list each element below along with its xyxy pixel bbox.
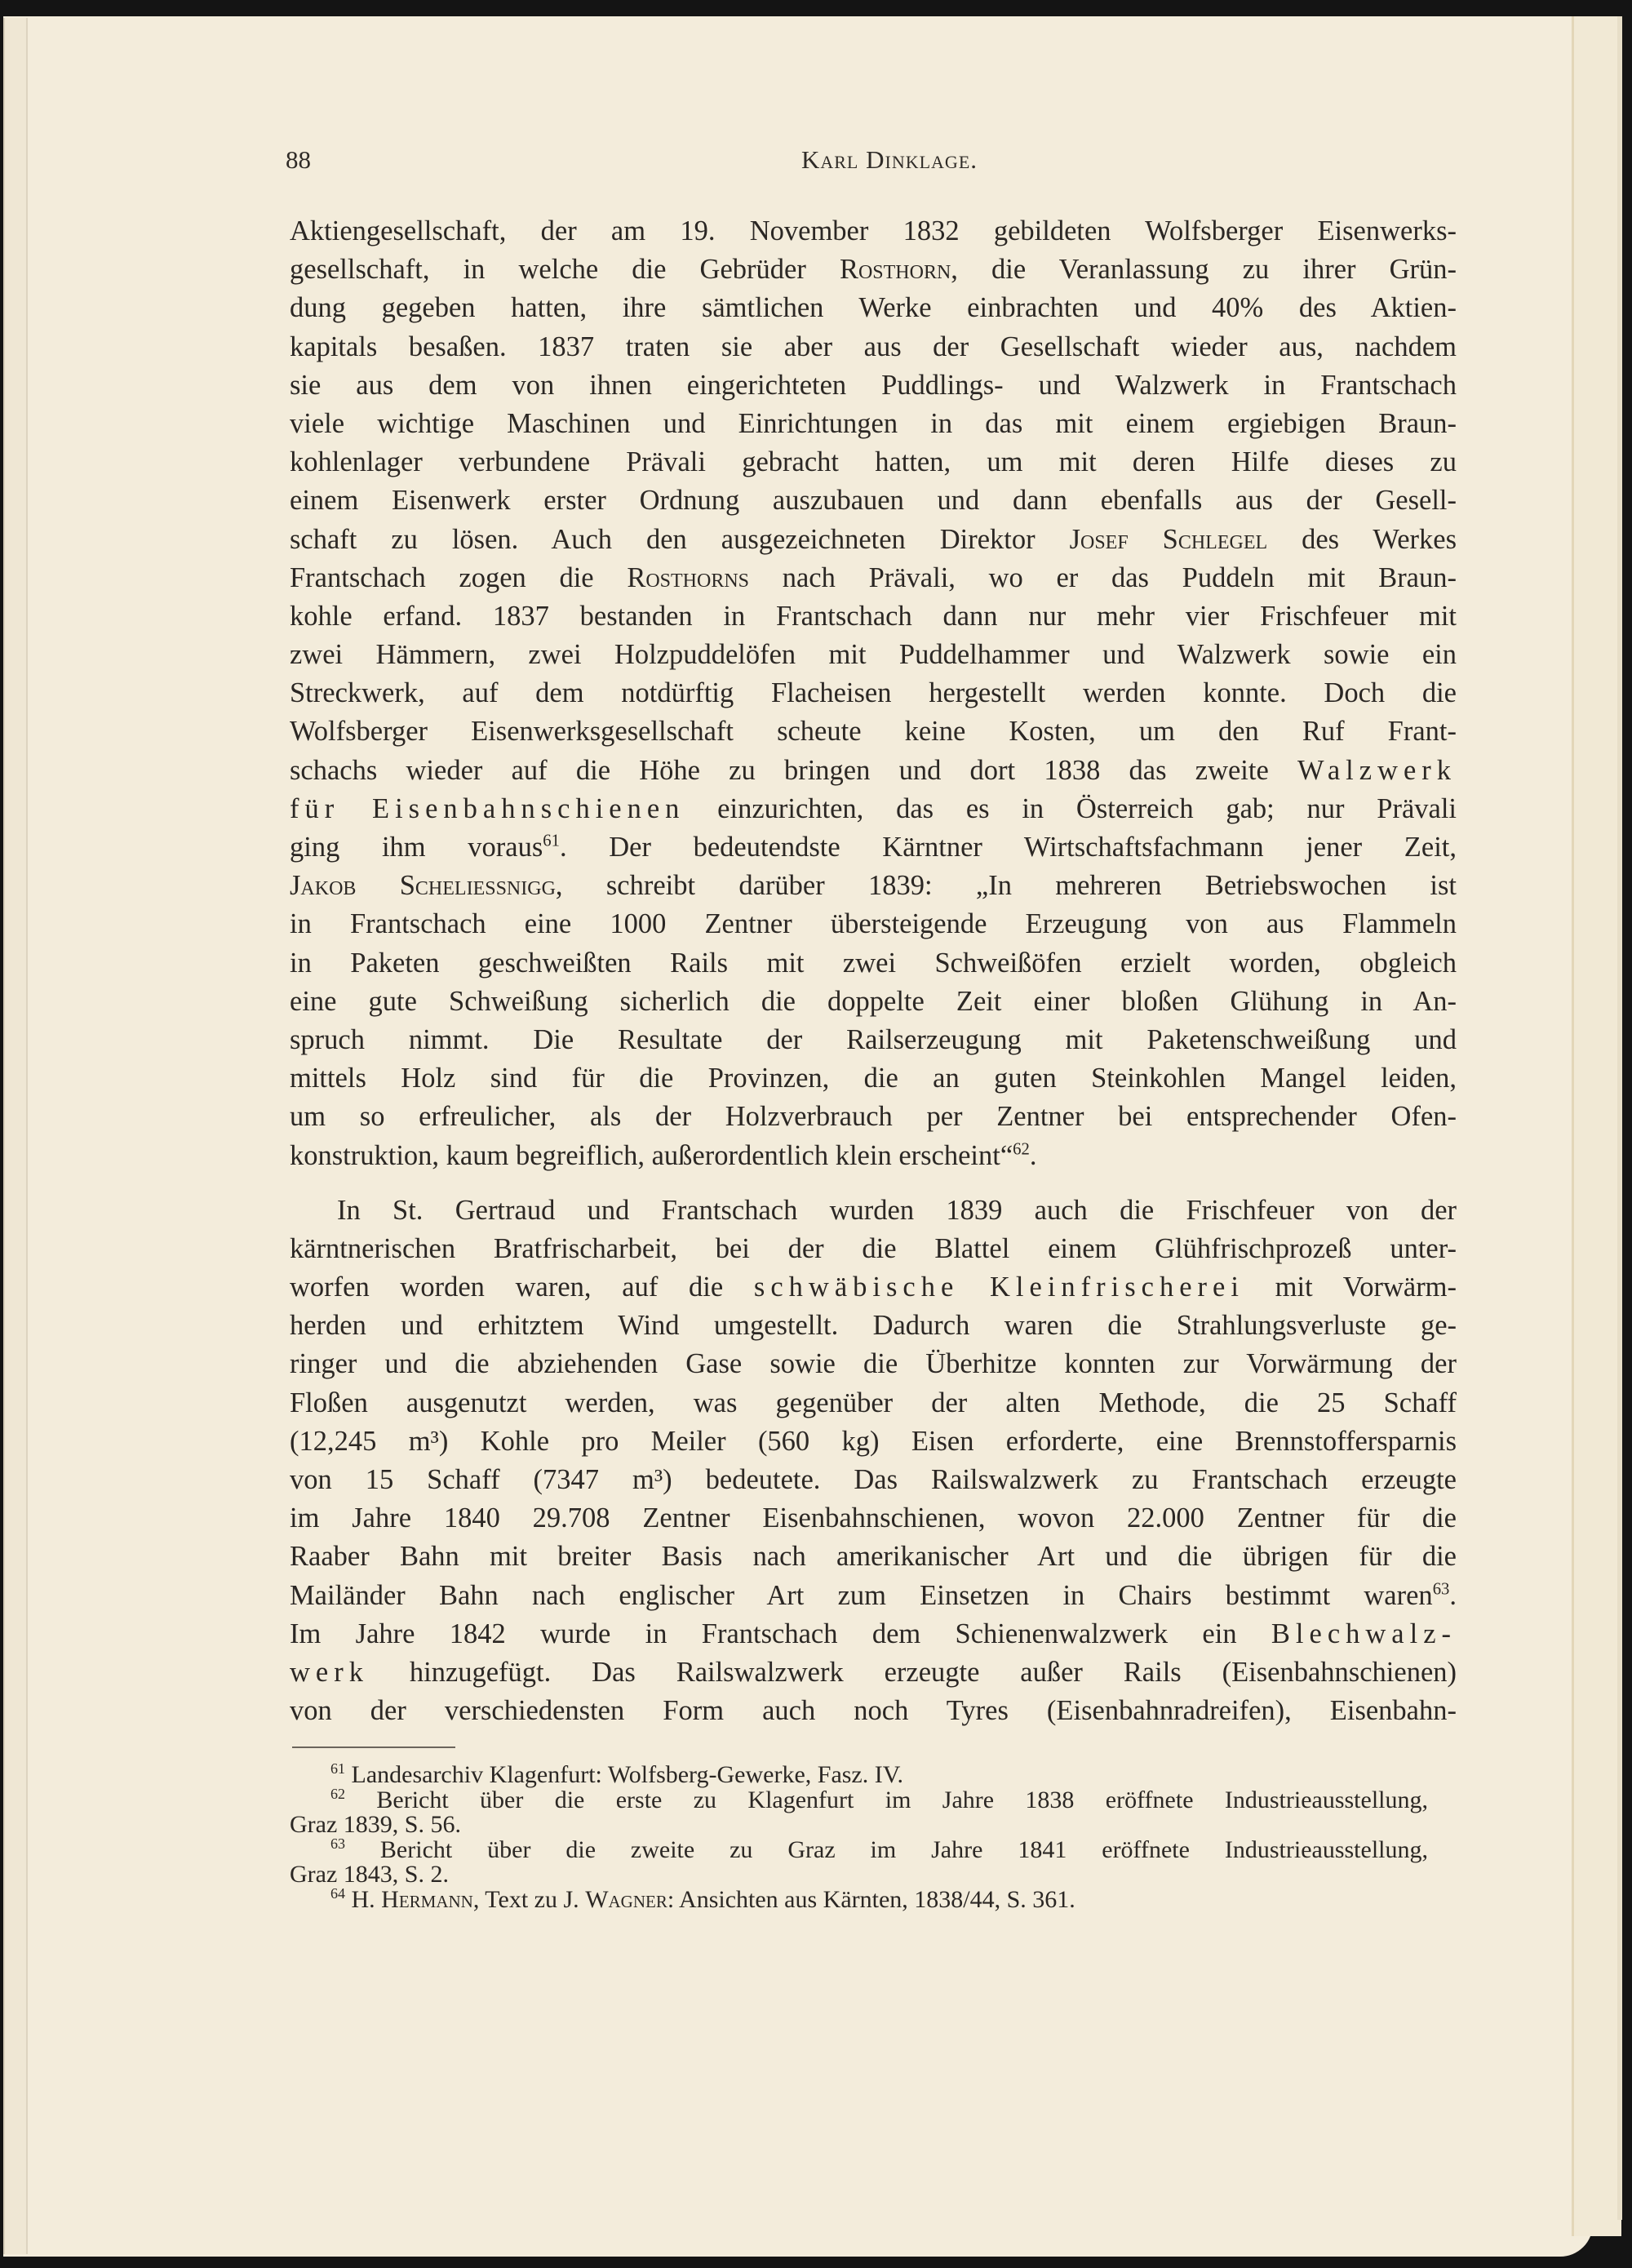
text-line: für Eisenbahnschienen einzurichten, das … [290,790,1457,828]
spaced-term: Kleinfrischerei [990,1272,1244,1303]
person-name: Hermann [381,1886,473,1913]
text-line: Floßen ausgenutzt werden, was gegenüber … [290,1384,1457,1422]
text-line: konstruktion, kaum begreiflich, außerord… [290,1137,1457,1175]
footnote-text: Landesarchiv Klagenfurt: Wolfsberg-Gewer… [352,1761,904,1788]
spaced-term: Blechwalz- [1271,1618,1457,1649]
text-line: (12,245 m³) Kohle pro Meiler (560 kg) Ei… [290,1422,1457,1461]
footnote-text: , Text zu J. [473,1886,585,1913]
page-edge-right-outer [1617,16,1622,2220]
spaced-term: schwäbische [754,1272,959,1303]
text-line: im Jahre 1840 29.708 Zentner Eisenbahnsc… [290,1499,1457,1538]
text-line: ringer und die abziehenden Gase sowie di… [290,1345,1457,1383]
text-line: von 15 Schaff (7347 m³) bedeutete. Das R… [290,1461,1457,1499]
page-edge-right [1572,16,1621,2236]
footnotes: 61 Landesarchiv Klagenfurt: Wolfsberg-Ge… [290,1763,1428,1912]
text-line: worfen worden waren, auf die schwäbische… [290,1268,1457,1307]
text-line: Streckwerk, auf dem notdürftig Flacheise… [290,674,1457,712]
text-line: sie aus dem von ihnen eingerichteten Pud… [290,366,1457,405]
text-line: Aktiengesellschaft, der am 19. November … [290,212,1457,251]
running-title: Karl Dinklage. [286,145,1461,175]
text-line: herden und erhitztem Wind umgestellt. Da… [290,1307,1457,1345]
footnote-rule [292,1746,455,1748]
footnote-text: : Ansichten aus Kärnten, 1838/44, S. 361… [667,1886,1075,1913]
text-line: Wolfsberger Eisenwerksgesellschaft scheu… [290,712,1457,751]
text-line: von der verschiedensten Form auch noch T… [290,1692,1457,1730]
spaced-term: für [290,793,339,824]
text-line: In St. Gertraud und Frantschach wurden 1… [290,1192,1457,1230]
body-text: Aktiengesellschaft, der am 19. November … [290,212,1457,1730]
text-line: viele wichtige Maschinen und Einrichtung… [290,405,1457,443]
footnote-61: 61 Landesarchiv Klagenfurt: Wolfsberg-Ge… [290,1763,1428,1788]
text-line: in Paketen geschweißten Rails mit zwei S… [290,944,1457,983]
person-name: Rosthorn [840,254,951,285]
footnote-number: 62 [330,1786,345,1802]
footnote-number: 61 [330,1760,345,1777]
page-edge-left [3,18,28,2254]
text-line: kärntnerischen Bratfrischarbeit, bei der… [290,1230,1457,1268]
text-line: Mailänder Bahn nach englischer Art zum E… [290,1577,1457,1615]
text-line: ging ihm voraus61. Der bedeutendste Kärn… [290,828,1457,867]
person-name: Rosthorns [627,562,749,593]
footnote-number: 63 [330,1835,345,1852]
text-line: Frantschach zogen die Rosthorns nach Prä… [290,559,1457,597]
spaced-term: Eisenbahnschienen [372,793,685,824]
text-line: kohlenlager verbundene Prävali gebracht … [290,443,1457,482]
text-line: kohle erfand. 1837 bestanden in Frantsch… [290,597,1457,636]
footnote-ref[interactable]: 62 [1013,1140,1030,1158]
footnote-62-cont: Graz 1839, S. 56. [290,1813,1428,1838]
paragraph-gap [290,1175,1457,1192]
text-line: in Frantschach eine 1000 Zentner überste… [290,905,1457,943]
person-name: Josef Schlegel [1070,524,1268,555]
footnote-64: 64 H. Hermann, Text zu J. Wagner: Ansich… [290,1888,1428,1913]
footnote-text: Bericht über die erste zu Klagenfurt im … [376,1786,1428,1813]
footnote-63-cont: Graz 1843, S. 2. [290,1862,1428,1888]
text-line: schaft zu lösen. Auch den ausgezeichnete… [290,521,1457,559]
text-line: mittels Holz sind für die Provinzen, die… [290,1059,1457,1098]
footnote-ref[interactable]: 63 [1433,1580,1450,1598]
running-head: 88 Karl Dinklage. [286,145,1461,186]
footnote-ref[interactable]: 61 [543,832,560,850]
text-line: dung gegeben hatten, ihre sämtlichen Wer… [290,289,1457,327]
footnote-number: 64 [330,1885,345,1902]
text-line: Raaber Bahn mit breiter Basis nach ameri… [290,1538,1457,1576]
text-line: schachs wieder auf die Höhe zu bringen u… [290,752,1457,790]
person-name: Wagner [585,1886,667,1913]
text-line: um so erfreulicher, als der Holzverbrauc… [290,1098,1457,1136]
text-line: werk hinzugefügt. Das Railswalzwerk erze… [290,1653,1457,1692]
spaced-term: Walzwerk [1297,755,1457,786]
footnote-63: 63 Bericht über die zweite zu Graz im Ja… [290,1838,1428,1863]
spaced-term: werk [290,1657,369,1688]
text-line: einem Eisenwerk erster Ordnung auszubaue… [290,482,1457,520]
footnote-62: 62 Bericht über die erste zu Klagenfurt … [290,1788,1428,1813]
text-line: zwei Hämmern, zwei Holzpuddelöfen mit Pu… [290,636,1457,674]
text-line: gesellschaft, in welche die Gebrüder Ros… [290,251,1457,289]
text-line: Im Jahre 1842 wurde in Frantschach dem S… [290,1615,1457,1653]
footnote-text: H. [352,1886,382,1913]
text-line: eine gute Schweißung sicherlich die dopp… [290,983,1457,1021]
footnote-text: Bericht über die zweite zu Graz im Jahre… [380,1836,1428,1863]
text-line: spruch nimmt. Die Resultate der Railserz… [290,1021,1457,1059]
text-line: kapitals besaßen. 1837 traten sie aber a… [290,328,1457,366]
text-line: Jakob Scheliessnigg, schreibt darüber 18… [290,867,1457,905]
person-name: Jakob Scheliessnigg [290,870,556,901]
